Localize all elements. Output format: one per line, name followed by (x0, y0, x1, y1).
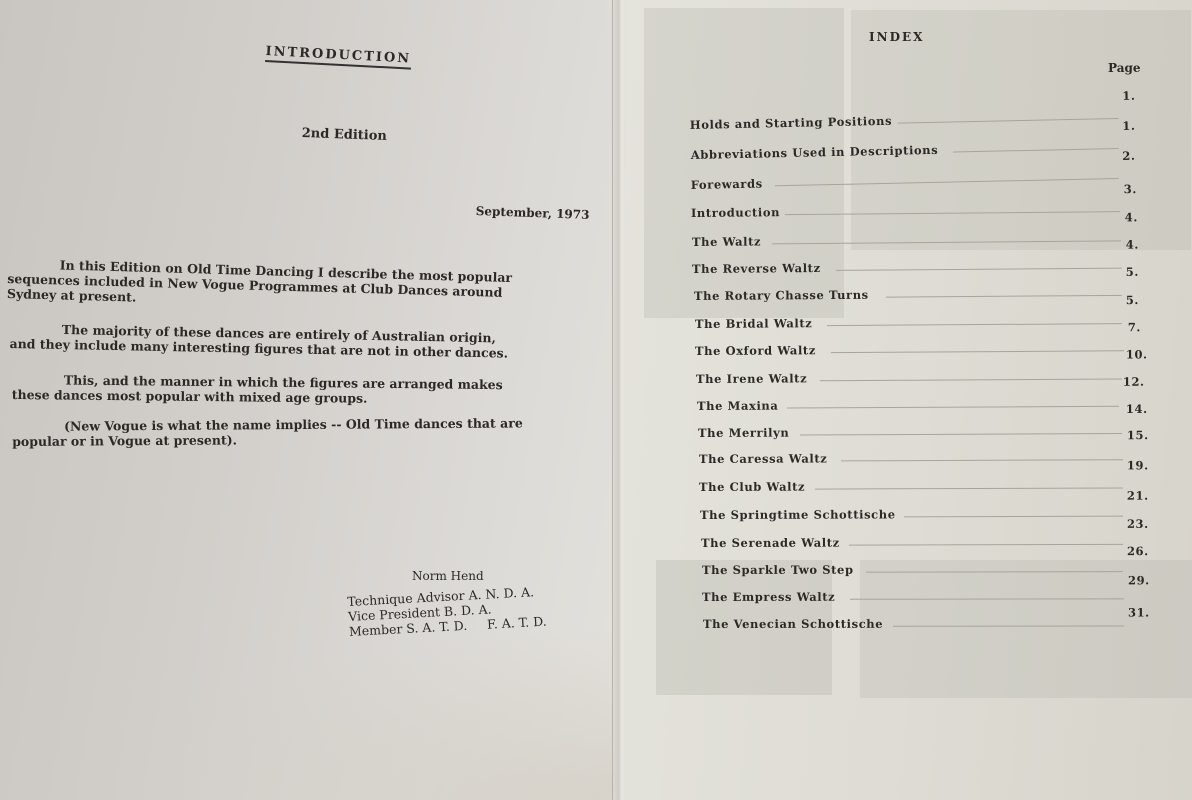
publication-date: September, 1973 (476, 204, 590, 222)
signature-line: Vice President B. D. A. (348, 599, 546, 624)
signature-line: Technique Advisor A. N. D. A. (347, 584, 545, 609)
introduction-heading: INTRODUCTION (265, 44, 411, 70)
signature-line: Member S. A. T. D. F. A. T. D. (349, 614, 547, 639)
index-entry-label: The Maxina (697, 399, 779, 413)
index-entry-label: The Springtime Schottische (700, 507, 896, 522)
index-entry-page: 29. (1128, 573, 1150, 587)
index-entry: The Caressa Waltz15. (699, 444, 1192, 468)
index-entry-label: Introduction (691, 205, 780, 220)
index-entry-page: 26. (1127, 544, 1149, 558)
dotted-leader (898, 118, 1119, 124)
index-entry: The Irene Waltz10. (696, 363, 1192, 388)
index-entry-label: The Sparkle Two Step (702, 563, 854, 577)
dotted-leader (953, 148, 1119, 152)
index-entry-label: The Rotary Chasse Turns (694, 288, 869, 303)
dotted-leader (836, 268, 1122, 271)
index-entry: The Sparkle Two Step26. (702, 556, 1192, 579)
dotted-leader (849, 544, 1123, 546)
dotted-leader (831, 350, 1124, 353)
index-entry-page: 1. (1122, 119, 1136, 133)
index-entry: The Merrilyn14. (698, 418, 1192, 442)
signature-name: Norm Hend (412, 569, 484, 583)
index-entry-page: 15. (1127, 428, 1149, 442)
dotted-leader (827, 323, 1122, 326)
paragraph-3: This, and the manner in which the figure… (12, 372, 503, 407)
index-entry-page: 3. (1124, 182, 1137, 196)
index-entry-label: The Oxford Waltz (695, 343, 816, 358)
index-entry: The Empress Waltz29. (702, 583, 1192, 606)
index-entry-label: The Caressa Waltz (699, 451, 827, 466)
dotted-leader (893, 626, 1124, 627)
index-entry-page: 21. (1127, 489, 1149, 503)
index-entry: The Oxford Waltz7. (695, 335, 1192, 360)
paragraph-4: (New Vogue is what the name implies -- O… (12, 415, 523, 449)
index-entry-page: 7. (1128, 320, 1141, 334)
dotted-leader (841, 459, 1123, 461)
page-column-header: Page (1108, 61, 1141, 75)
dotted-leader (815, 487, 1123, 489)
index-entry: The Venecian Schottische31. (703, 610, 1192, 633)
index-entry-page: 5. (1126, 265, 1139, 279)
index-entry-label: The Serenade Waltz (701, 536, 840, 550)
dotted-leader (785, 211, 1120, 215)
edition-label: 2nd Edition (301, 126, 387, 144)
dotted-leader (866, 571, 1123, 573)
index-entry-page: 4. (1125, 210, 1138, 224)
index-entry-page: 31. (1128, 606, 1150, 620)
index-entry-label: The Reverse Waltz (692, 261, 821, 276)
index-entry: The Bridal Waltz5. (695, 308, 1192, 333)
index-entry-page: 14. (1126, 402, 1148, 416)
index-entry: The Waltz4. (692, 225, 1192, 251)
index-entry: The Springtime Schottische21. (700, 500, 1192, 524)
index-entry-page: 2. (1122, 149, 1136, 163)
index-entry-label: Abbreviations Used in Descriptions (691, 143, 939, 162)
index-entry-page: 1. (1122, 89, 1136, 103)
index-entry-label: The Bridal Waltz (695, 316, 813, 331)
paragraph-line: popular or in Vogue at present). (12, 430, 523, 449)
index-entry-label: The Club Waltz (699, 480, 805, 494)
index-entry-label: The Empress Waltz (702, 590, 835, 604)
dotted-leader (886, 295, 1122, 298)
index-entry-page: 19. (1127, 458, 1149, 472)
booklet-spine (612, 0, 627, 800)
index-heading: INDEX (869, 30, 924, 44)
index-entry: Introduction3. (691, 196, 1192, 222)
dotted-leader (800, 433, 1122, 436)
dotted-leader (904, 516, 1123, 518)
dotted-leader (850, 598, 1124, 599)
index-entry-label: Forewards (691, 176, 763, 192)
index-entry-page: 5. (1126, 293, 1139, 307)
left-page-introduction: INTRODUCTION 2nd Edition September, 1973… (0, 0, 618, 800)
dotted-leader (787, 406, 1119, 409)
paragraph-2: The majority of these dances are entirel… (9, 321, 508, 361)
signature-titles: Technique Advisor A. N. D. A. Vice Presi… (347, 584, 547, 639)
index-entry-label: The Venecian Schottische (703, 617, 883, 631)
index-entry-label: The Irene Waltz (696, 371, 807, 386)
index-entry: The Rotary Chasse Turns5. (694, 279, 1192, 305)
index-entry: The Maxina12. (697, 390, 1192, 415)
right-page-index: INDEX Page Holds and Starting Positions1… (626, 0, 1192, 800)
index-entry: The Reverse Waltz4. (692, 252, 1192, 278)
index-entry-page: 4. (1126, 237, 1139, 251)
index-entry-label: The Merrilyn (698, 426, 789, 440)
index-entry-label: Holds and Starting Positions (690, 114, 893, 132)
index-entry-page: 23. (1127, 517, 1149, 531)
paragraph-1: In this Edition on Old Time Dancing I de… (7, 256, 512, 315)
dotted-leader (820, 379, 1122, 382)
index-entry-page: 12. (1123, 375, 1145, 389)
index-entry-label: The Waltz (692, 234, 761, 249)
index-entry: The Club Waltz19. (699, 472, 1192, 496)
dotted-leader (775, 178, 1119, 186)
index-entry-page: 10. (1126, 347, 1148, 361)
index-entry: The Serenade Waltz23. (701, 529, 1192, 552)
dotted-leader (772, 240, 1121, 244)
